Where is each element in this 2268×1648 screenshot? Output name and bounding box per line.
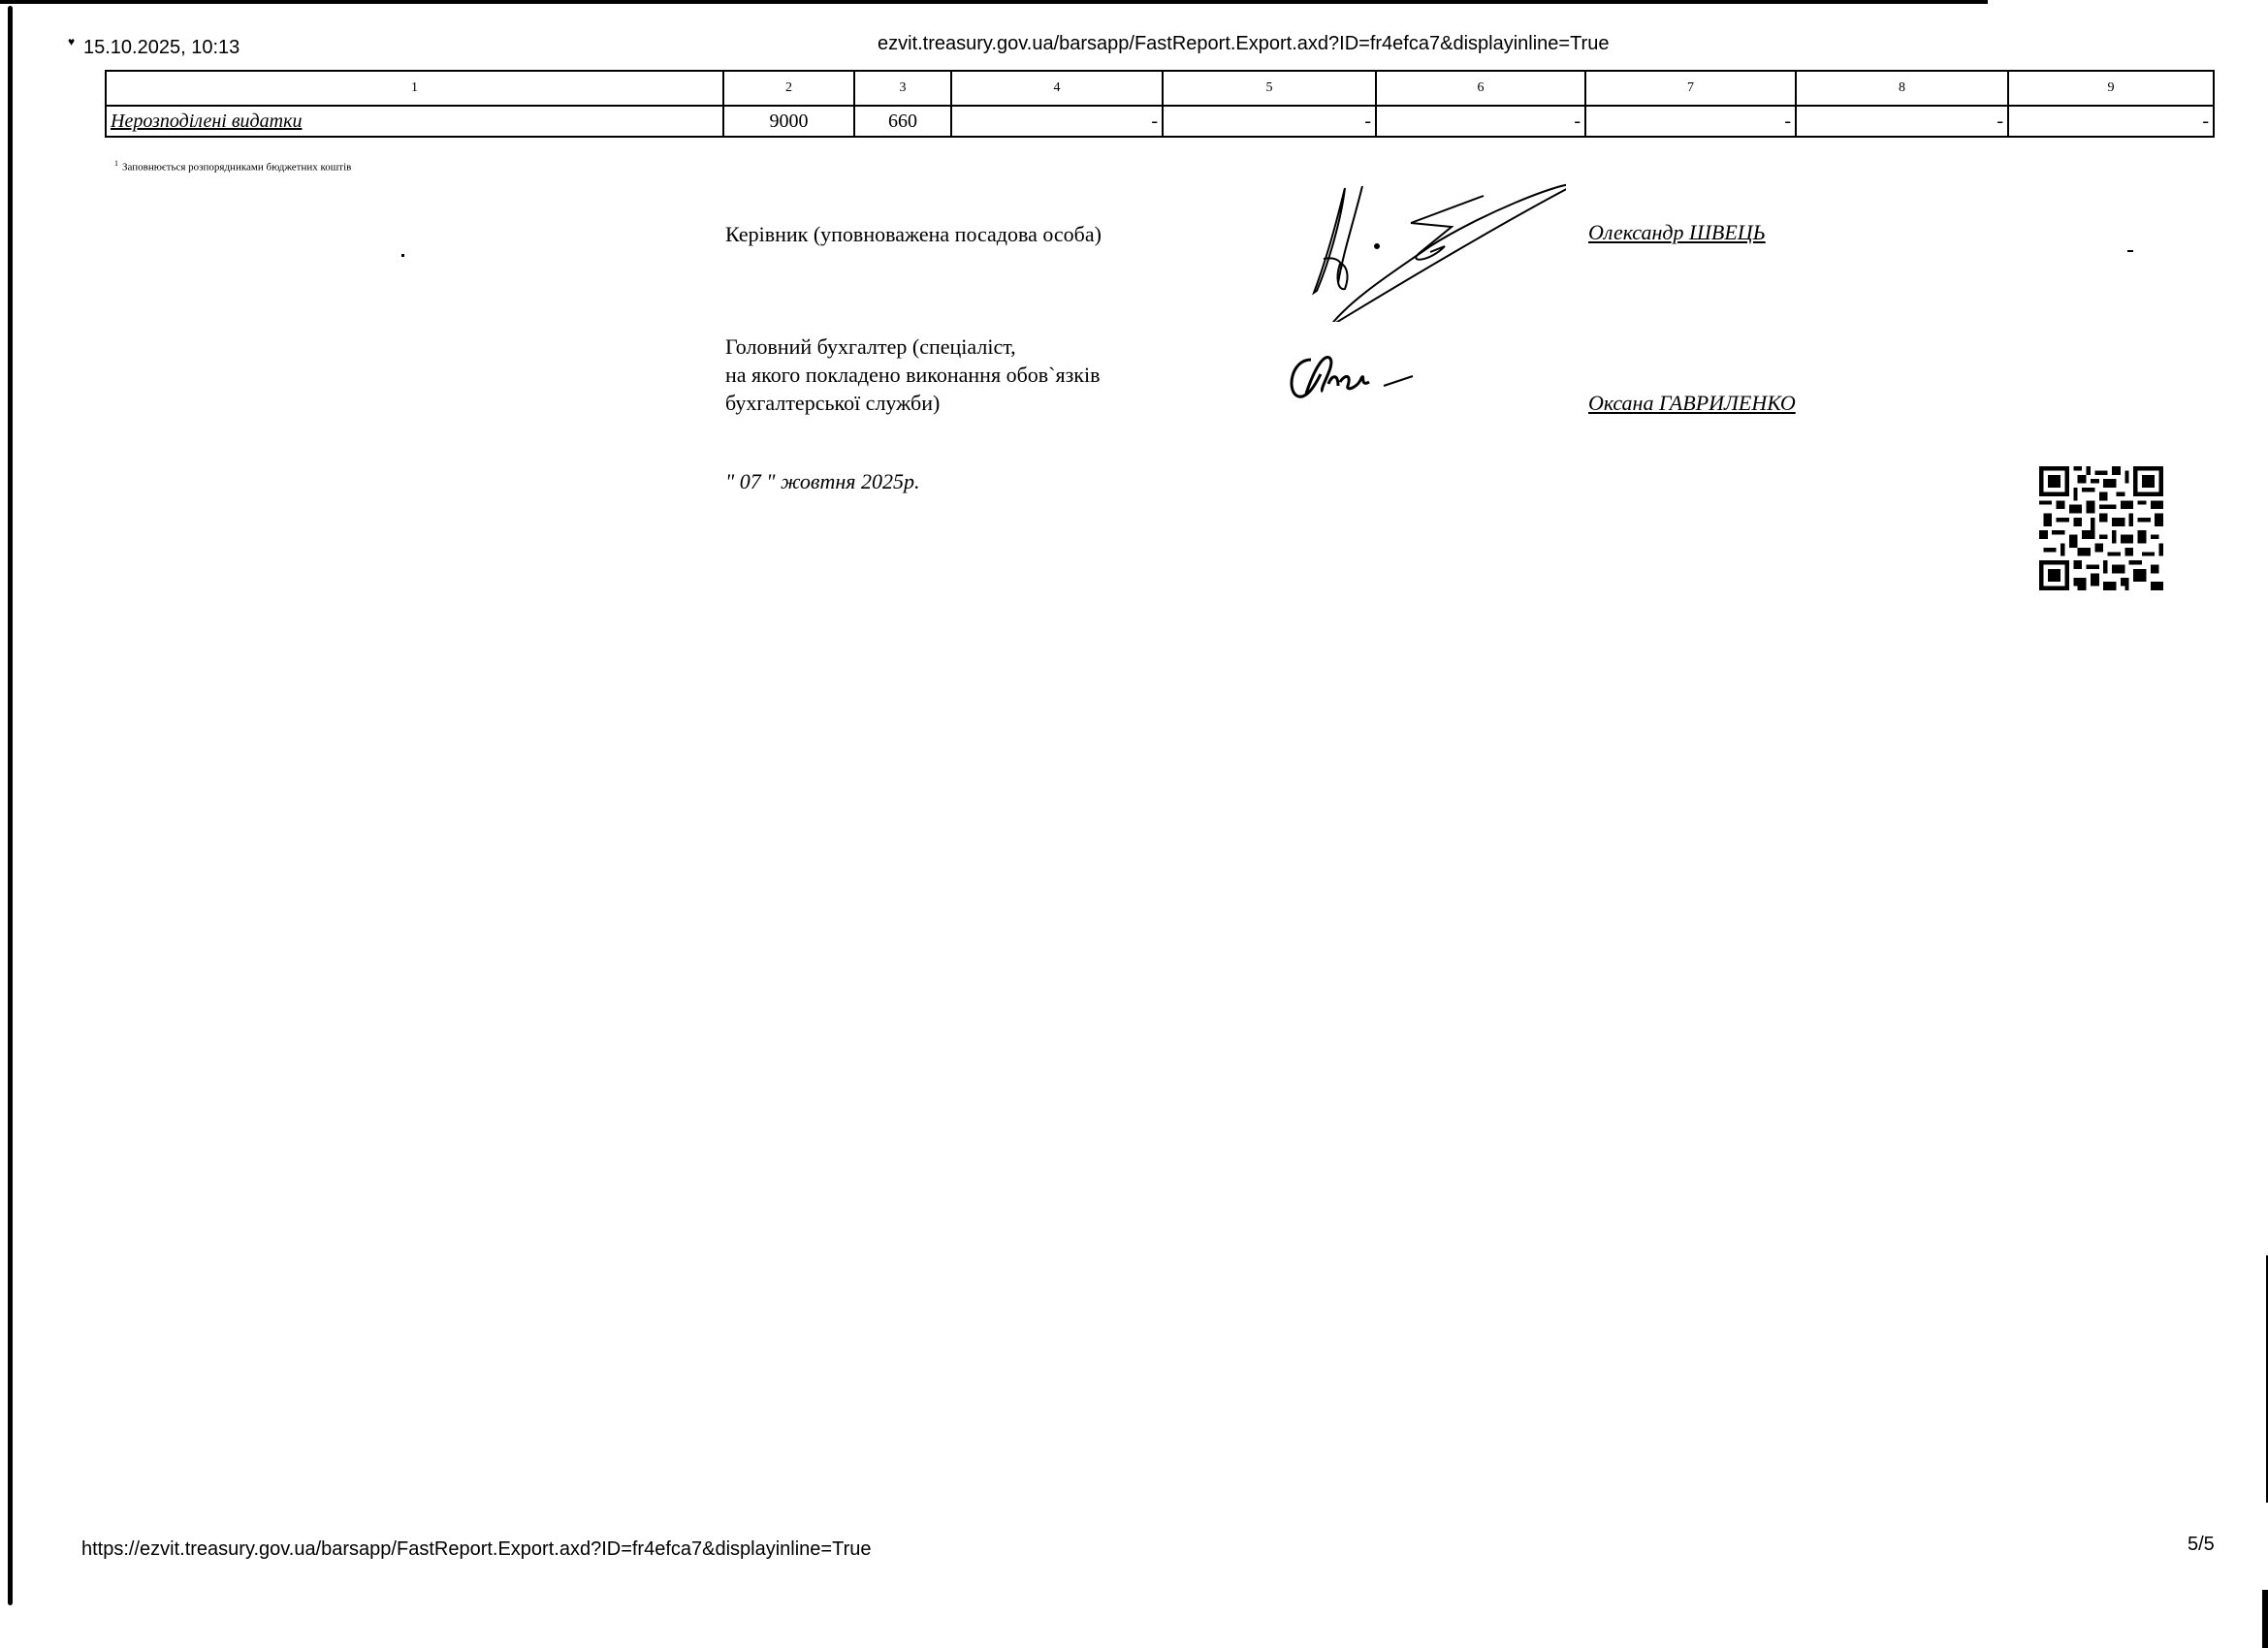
signing-date: " 07 " жовтня 2025р.: [725, 469, 919, 494]
label-line: на якого покладено виконання обов`язків: [725, 361, 1100, 389]
scan-edge-left: [8, 6, 13, 1605]
column-number: 6: [1376, 71, 1585, 106]
page-number: 5/5: [2188, 1534, 2215, 1556]
column-number: 2: [723, 71, 854, 106]
footnote: 1Заповнюється розпорядниками бюджетних к…: [114, 159, 351, 174]
scan-edge-top: [0, 0, 1988, 4]
cell-value: -: [951, 106, 1163, 137]
footer-url: https://ezvit.treasury.gov.ua/barsapp/Fa…: [81, 1538, 872, 1561]
cell-value: -: [1376, 106, 1585, 137]
footnote-marker: 1: [114, 159, 118, 168]
column-number: 5: [1163, 71, 1376, 106]
table-row: Нерозподілені видатки 9000 660 - - - - -…: [106, 106, 2214, 137]
footnote-text: Заповнюється розпорядниками бюджетних ко…: [122, 162, 351, 174]
accountant-signature-icon: [1282, 345, 1437, 403]
column-number: 1: [106, 71, 723, 106]
column-number: 9: [2008, 71, 2214, 106]
cell-value: 9000: [723, 106, 854, 137]
label-line: Головний бухгалтер (спеціаліст,: [725, 333, 1100, 361]
column-number-row: 1 2 3 4 5 6 7 8 9: [106, 71, 2214, 106]
cell-value: -: [1585, 106, 1796, 137]
column-number: 3: [854, 71, 951, 106]
cell-value: 660: [854, 106, 951, 137]
bullet-mark: ♥: [68, 35, 75, 48]
cell-value: -: [1163, 106, 1376, 137]
accountant-signatory-label: Головний бухгалтер (спеціаліст, на якого…: [725, 333, 1100, 417]
column-number: 7: [1585, 71, 1796, 106]
scan-speck: [2127, 250, 2133, 252]
print-timestamp: 15.10.2025, 10:13: [83, 37, 240, 59]
scan-edge-right-bottom: [2262, 1590, 2268, 1648]
qr-code-icon: [2039, 465, 2163, 591]
header-url: ezvit.treasury.gov.ua/barsapp/FastReport…: [878, 33, 1609, 55]
cell-value: -: [1796, 106, 2008, 137]
label-line: бухгалтерської служби): [725, 389, 1100, 417]
head-signatory-label: Керівник (уповноважена посадова особа): [725, 220, 1102, 248]
report-table: 1 2 3 4 5 6 7 8 9 Нерозподілені видатки …: [105, 70, 2215, 138]
accountant-signatory-name: Оксана ГАВРИЛЕНКО: [1588, 391, 1796, 416]
head-signature-icon: [1285, 167, 1566, 322]
column-number: 8: [1796, 71, 2008, 106]
head-signatory-name: Олександр ШВЕЦЬ: [1588, 220, 1766, 245]
scan-speck: [401, 254, 404, 257]
cell-value: -: [2008, 106, 2214, 137]
row-name: Нерозподілені видатки: [106, 106, 723, 137]
column-number: 4: [951, 71, 1163, 106]
